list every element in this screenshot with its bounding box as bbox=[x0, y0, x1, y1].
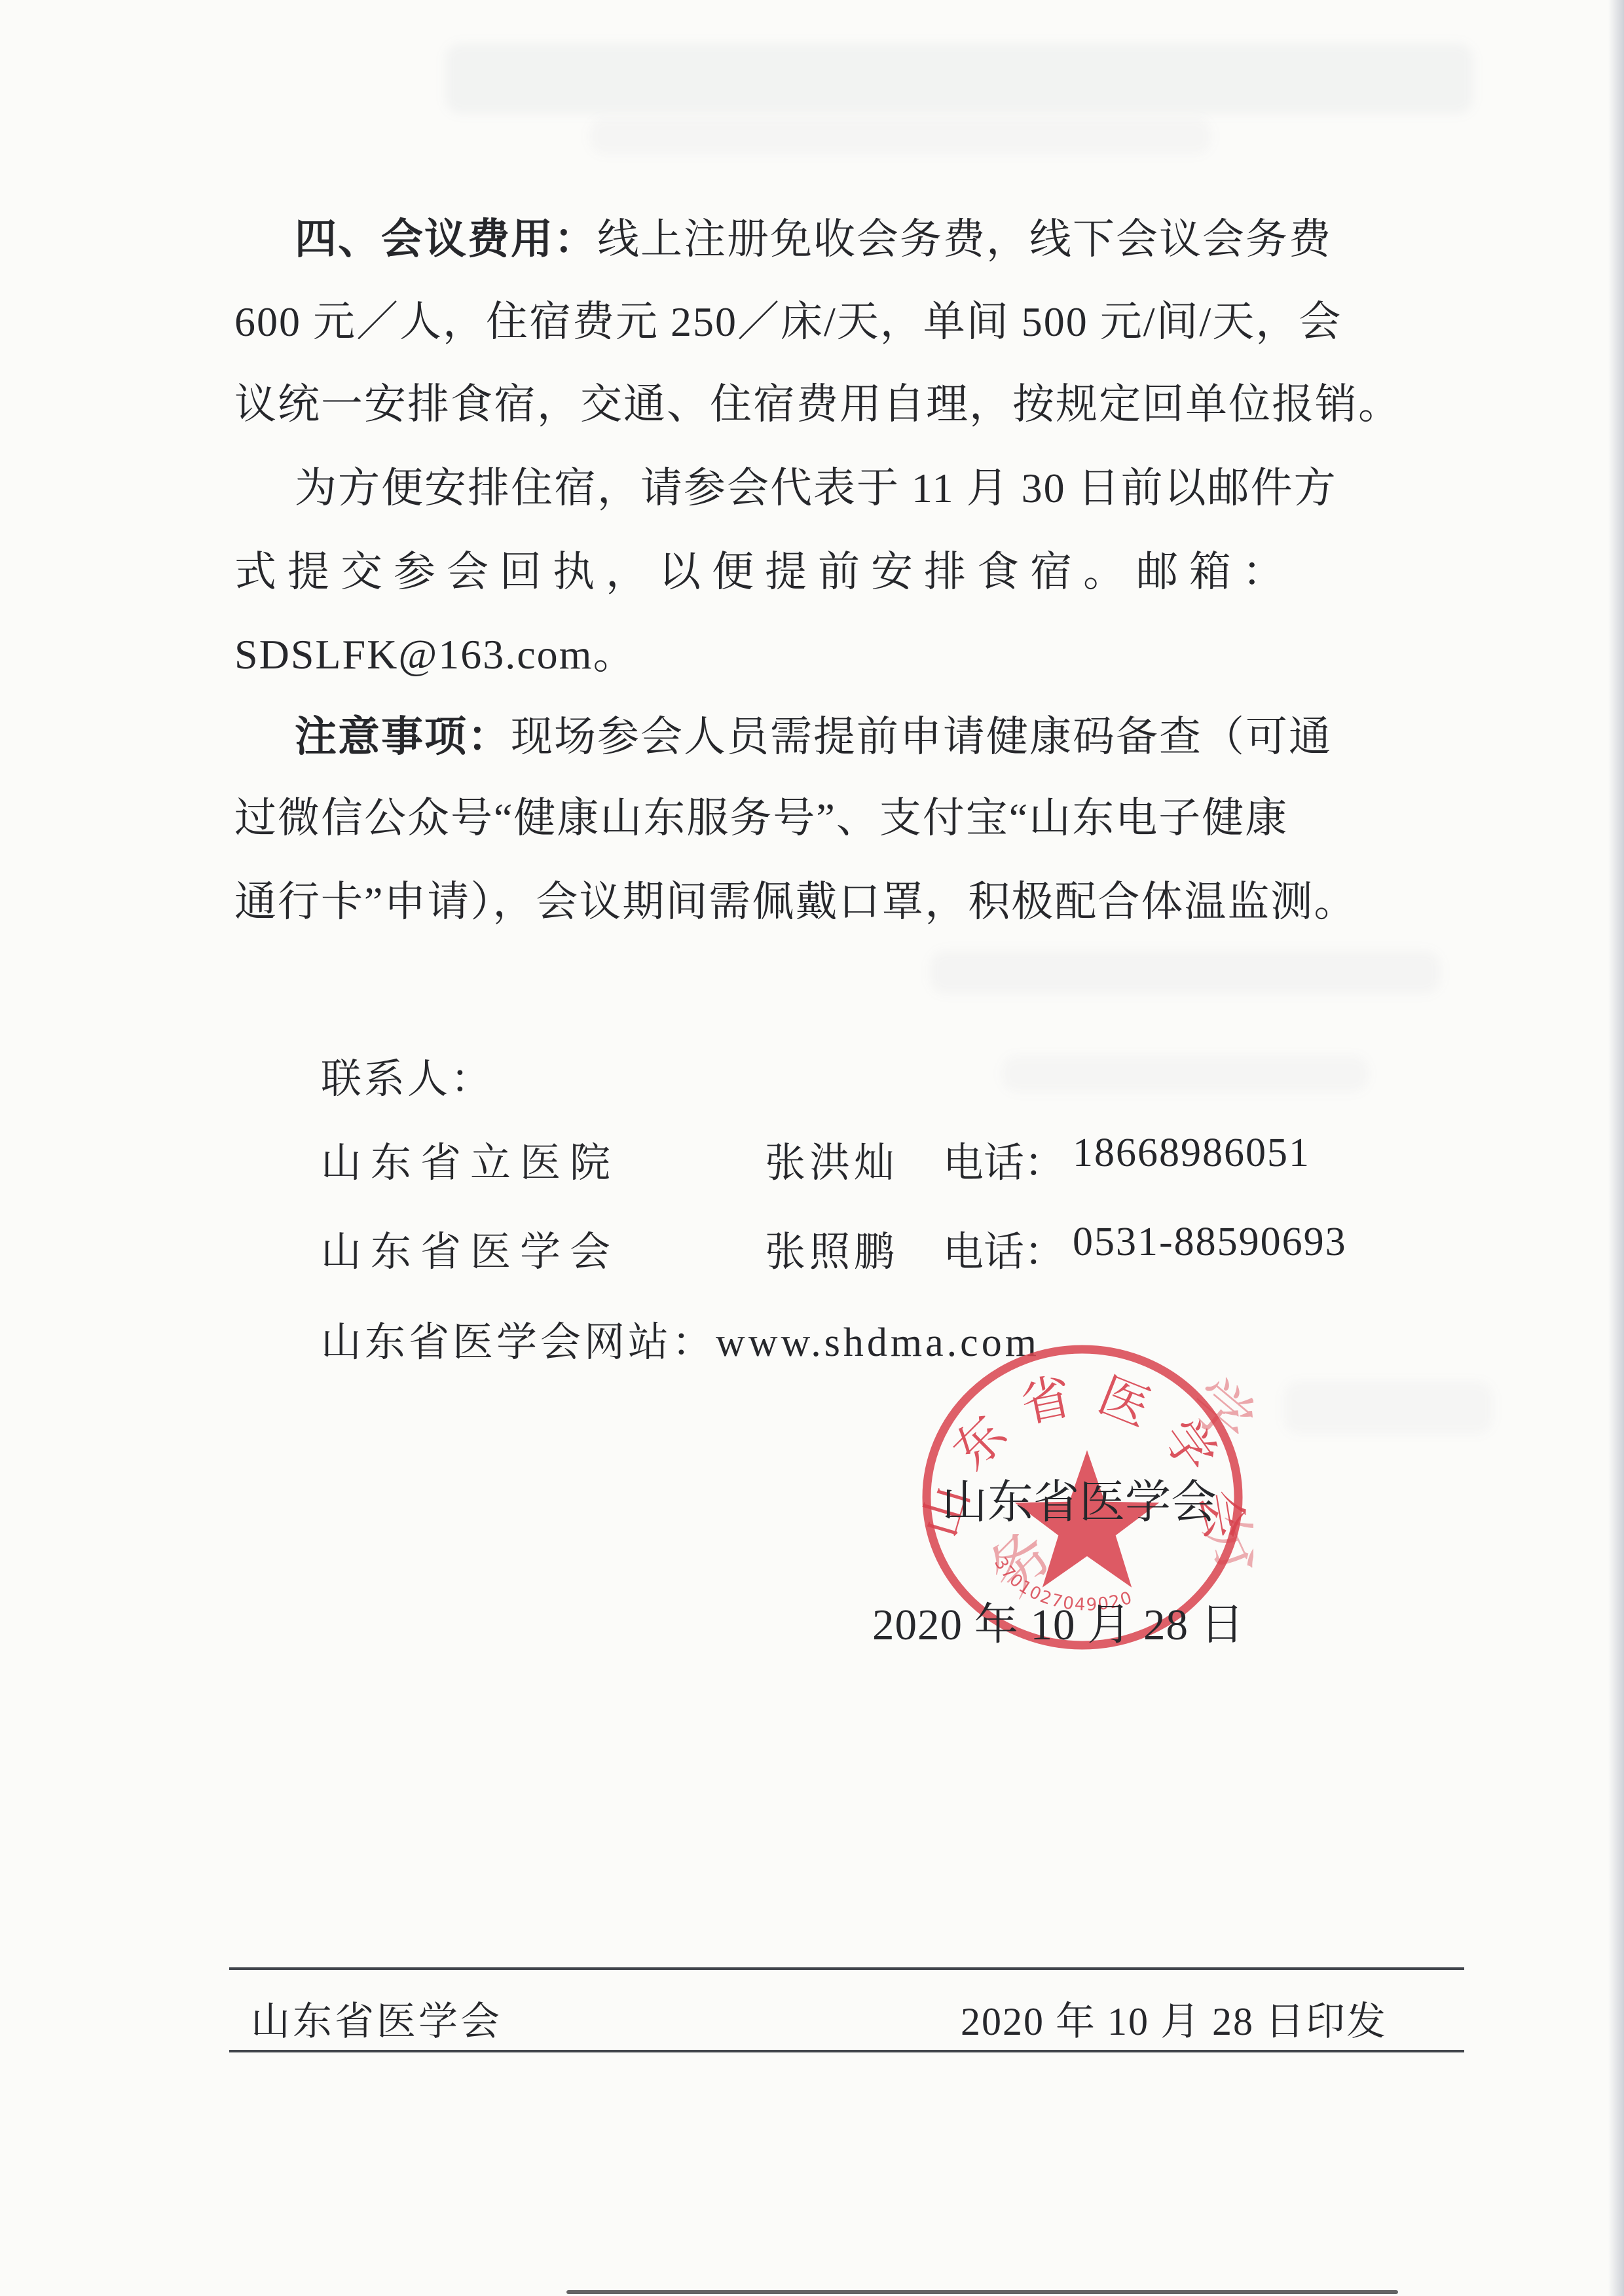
ghosting-artifact bbox=[1002, 1055, 1369, 1092]
contact-row: 山东省医学会 张照鹏 电话： 0531-88590693 bbox=[321, 1219, 1421, 1274]
body-text: 现场参会人员需提前申请健康码备查（可通 bbox=[511, 714, 1332, 760]
phone-number: 0531-88590693 bbox=[1073, 1219, 1347, 1266]
body-text: 议统一安排食宿，交通、住宿费用自理，按规定回单位报销。 bbox=[234, 381, 1401, 428]
contact-organization: 山东省立医院 bbox=[321, 1130, 619, 1188]
paragraph-line: 四、会议费用：线上注册免收会务费，线下会议会务费 bbox=[234, 213, 1473, 266]
scan-edge-strip bbox=[1608, 0, 1624, 2296]
contact-row: 山东省立医院 张洪灿 电话： 18668986051 bbox=[321, 1130, 1421, 1185]
ghosting-artifact bbox=[1283, 1381, 1493, 1434]
body-text: 通行卡”申请），会议期间需佩戴口罩，积极配合体温监测。 bbox=[234, 879, 1357, 925]
contact-label: 联系人： bbox=[321, 1046, 494, 1104]
footer-rule-top bbox=[229, 1967, 1464, 1970]
footer-print-date: 2020 年 10 月 28 日印发 bbox=[229, 1990, 1387, 2047]
paragraph-line: 议统一安排食宿，交通、住宿费用自理，按规定回单位报销。 bbox=[234, 378, 1413, 431]
paragraph-line: 注意事项：现场参会人员需提前申请健康码备查（可通 bbox=[234, 711, 1473, 763]
section-heading: 四、会议费用： bbox=[295, 216, 597, 263]
section-heading: 注意事项： bbox=[295, 714, 511, 760]
scan-edge-mark bbox=[566, 2290, 1398, 2294]
paragraph-line: 为方便安排住宿，请参会代表于 11 月 30 日前以邮件方 bbox=[234, 462, 1473, 515]
ghosting-artifact bbox=[930, 951, 1441, 994]
contact-organization: 山东省医学会 bbox=[321, 1219, 619, 1277]
ghosting-artifact bbox=[589, 118, 1211, 155]
scanned-document-page: 四、会议费用：线上注册免收会务费，线下会议会务费 600 元／人，住宿费元 25… bbox=[0, 0, 1624, 2296]
footer-rule-bottom bbox=[229, 2050, 1464, 2052]
paragraph-line: 600 元／人，住宿费元 250／床/天，单间 500 元/间/天，会 bbox=[234, 296, 1413, 348]
contact-person: 张照鹏 bbox=[765, 1219, 898, 1277]
signature-organization: 山东省医学会 bbox=[942, 1465, 1217, 1531]
phone-label: 电话： bbox=[943, 1219, 1065, 1277]
paragraph-line: 过微信公众号“健康山东服务号”、支付宝“山东电子健康 bbox=[234, 792, 1413, 845]
paragraph-line: 通行卡”申请），会议期间需佩戴口罩，积极配合体温监测。 bbox=[234, 876, 1413, 928]
contact-person: 张洪灿 bbox=[765, 1130, 898, 1188]
paragraph-line: SDSLFK@163.com。 bbox=[234, 629, 1413, 681]
body-text: 线上注册免收会务费，线下会议会务费 bbox=[597, 216, 1332, 263]
body-text: 600 元／人，住宿费元 250／床/天，单间 500 元/间/天，会 bbox=[234, 299, 1342, 345]
body-text: 为方便安排住宿，请参会代表于 11 月 30 日前以邮件方 bbox=[295, 465, 1337, 511]
body-text: 过微信公众号“健康山东服务号”、支付宝“山东电子健康 bbox=[234, 795, 1288, 841]
signature-date: 2020 年 10 月 28 日 bbox=[872, 1590, 1245, 1652]
paragraph-line: 式提交参会回执，以便提前安排食宿。邮箱： bbox=[234, 546, 1413, 598]
phone-number: 18668986051 bbox=[1073, 1130, 1310, 1176]
phone-label: 电话： bbox=[943, 1130, 1065, 1188]
email-address: SDSLFK@163.com。 bbox=[234, 631, 636, 678]
body-text: 式提交参会回执，以便提前安排食宿。邮箱： bbox=[234, 549, 1295, 595]
ghosting-artifact bbox=[445, 43, 1473, 114]
